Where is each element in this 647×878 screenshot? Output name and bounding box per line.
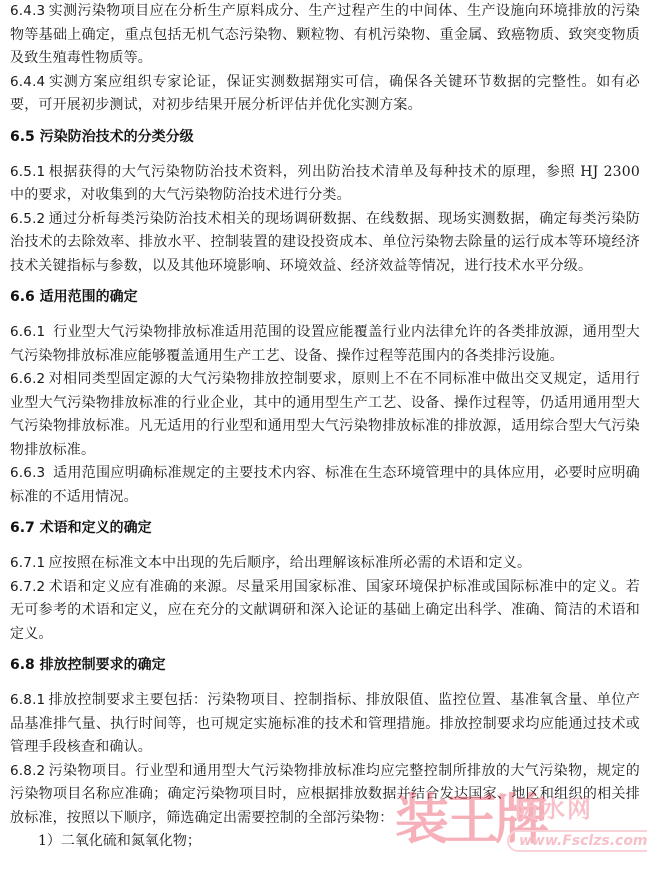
section-heading-6-5: 6.5 污染防治技术的分类分级 bbox=[10, 127, 640, 147]
document-page: 6.4.3实测污染物项目应在分析生产原料成分、生产过程产生的中间体、生产设施向环… bbox=[10, 0, 640, 854]
clause-6-6-1: 6.6.1 行业型大气污染物排放标准适用范围的设置应能覆盖行业内法律允许的各类排… bbox=[10, 321, 640, 368]
clause-number: 6.8.2 bbox=[10, 763, 45, 779]
clause-text: 适用范围应明确标准规定的主要技术内容、标准在生态环境管理中的具体应用，必要时应明… bbox=[10, 465, 640, 505]
section-heading-6-6: 6.6 适用范围的确定 bbox=[10, 287, 640, 307]
clause-6-4-4: 6.4.4实测方案应组织专家论证，保证实测数据翔实可信，确保各关键环节数据的完整… bbox=[10, 71, 640, 118]
clause-number: 6.7.1 bbox=[10, 555, 45, 571]
clause-text: 通过分析每类污染防治技术相关的现场调研数据、在线数据、现场实测数据，确定每类污染… bbox=[10, 211, 640, 274]
clause-6-5-1: 6.5.1根据获得的大气污染物防治技术资料，列出防治技术清单及每种技术的原理，参… bbox=[10, 161, 640, 208]
clause-6-8-2: 6.8.2污染物项目。行业型和通用型大气污染物排放标准均应完整控制所排放的大气污… bbox=[10, 760, 640, 831]
clause-number: 6.8.1 bbox=[10, 692, 45, 708]
clause-number: 6.6.3 bbox=[10, 465, 45, 481]
clause-6-7-1: 6.7.1应按照在标准文本中出现的先后顺序，给出理解该标准所必需的术语和定义。 bbox=[10, 552, 640, 576]
clause-number: 6.7.2 bbox=[10, 579, 45, 595]
clause-number: 6.5.2 bbox=[10, 211, 45, 227]
clause-6-7-2: 6.7.2术语和定义应有准确的来源。尽量采用国家标准、国家环境保护标准或国际标准… bbox=[10, 576, 640, 647]
clause-text: 对相同类型固定源的大气污染物排放控制要求，原则上不在不同标准中做出交叉规定，适用… bbox=[10, 371, 640, 458]
clause-6-8-1: 6.8.1排放控制要求主要包括：污染物项目、控制指标、排放限值、监控位置、基准氧… bbox=[10, 689, 640, 760]
clause-6-6-2: 6.6.2对相同类型固定源的大气污染物排放控制要求，原则上不在不同标准中做出交叉… bbox=[10, 368, 640, 462]
list-item-1: 1）二氧化硫和氮氧化物； bbox=[10, 830, 640, 854]
clause-text: 根据获得的大气污染物防治技术资料，列出防治技术清单及每种技术的原理，参照 HJ … bbox=[10, 164, 640, 204]
clause-number: 6.6.1 bbox=[10, 324, 45, 340]
clause-number: 6.6.2 bbox=[10, 371, 45, 387]
clause-text: 污染物项目。行业型和通用型大气污染物排放标准均应完整控制所排放的大气污染物，规定… bbox=[10, 763, 640, 826]
clause-text: 行业型大气污染物排放标准适用范围的设置应能覆盖行业内法律允许的各类排放源，通用型… bbox=[10, 324, 640, 364]
clause-number: 6.4.4 bbox=[10, 74, 45, 90]
clause-text: 排放控制要求主要包括：污染物项目、控制指标、排放限值、监控位置、基准氧含量、单位… bbox=[10, 692, 640, 755]
section-heading-6-7: 6.7 术语和定义的确定 bbox=[10, 518, 640, 538]
clause-text: 术语和定义应有准确的来源。尽量采用国家标准、国家环境保护标准或国际标准中的定义。… bbox=[10, 579, 640, 642]
clause-number: 6.4.3 bbox=[10, 3, 45, 19]
clause-number: 6.5.1 bbox=[10, 164, 45, 180]
clause-text: 应按照在标准文本中出现的先后顺序，给出理解该标准所必需的术语和定义。 bbox=[48, 555, 531, 571]
clause-6-4-3: 6.4.3实测污染物项目应在分析生产原料成分、生产过程产生的中间体、生产设施向环… bbox=[10, 0, 640, 71]
clause-text: 实测污染物项目应在分析生产原料成分、生产过程产生的中间体、生产设施向环境排放的污… bbox=[10, 3, 640, 66]
section-heading-6-8: 6.8 排放控制要求的确定 bbox=[10, 655, 640, 675]
clause-6-6-3: 6.6.3 适用范围应明确标准规定的主要技术内容、标准在生态环境管理中的具体应用… bbox=[10, 462, 640, 509]
clause-6-5-2: 6.5.2通过分析每类污染防治技术相关的现场调研数据、在线数据、现场实测数据，确… bbox=[10, 208, 640, 279]
clause-text: 实测方案应组织专家论证，保证实测数据翔实可信，确保各关键环节数据的完整性。如有必… bbox=[10, 74, 640, 114]
